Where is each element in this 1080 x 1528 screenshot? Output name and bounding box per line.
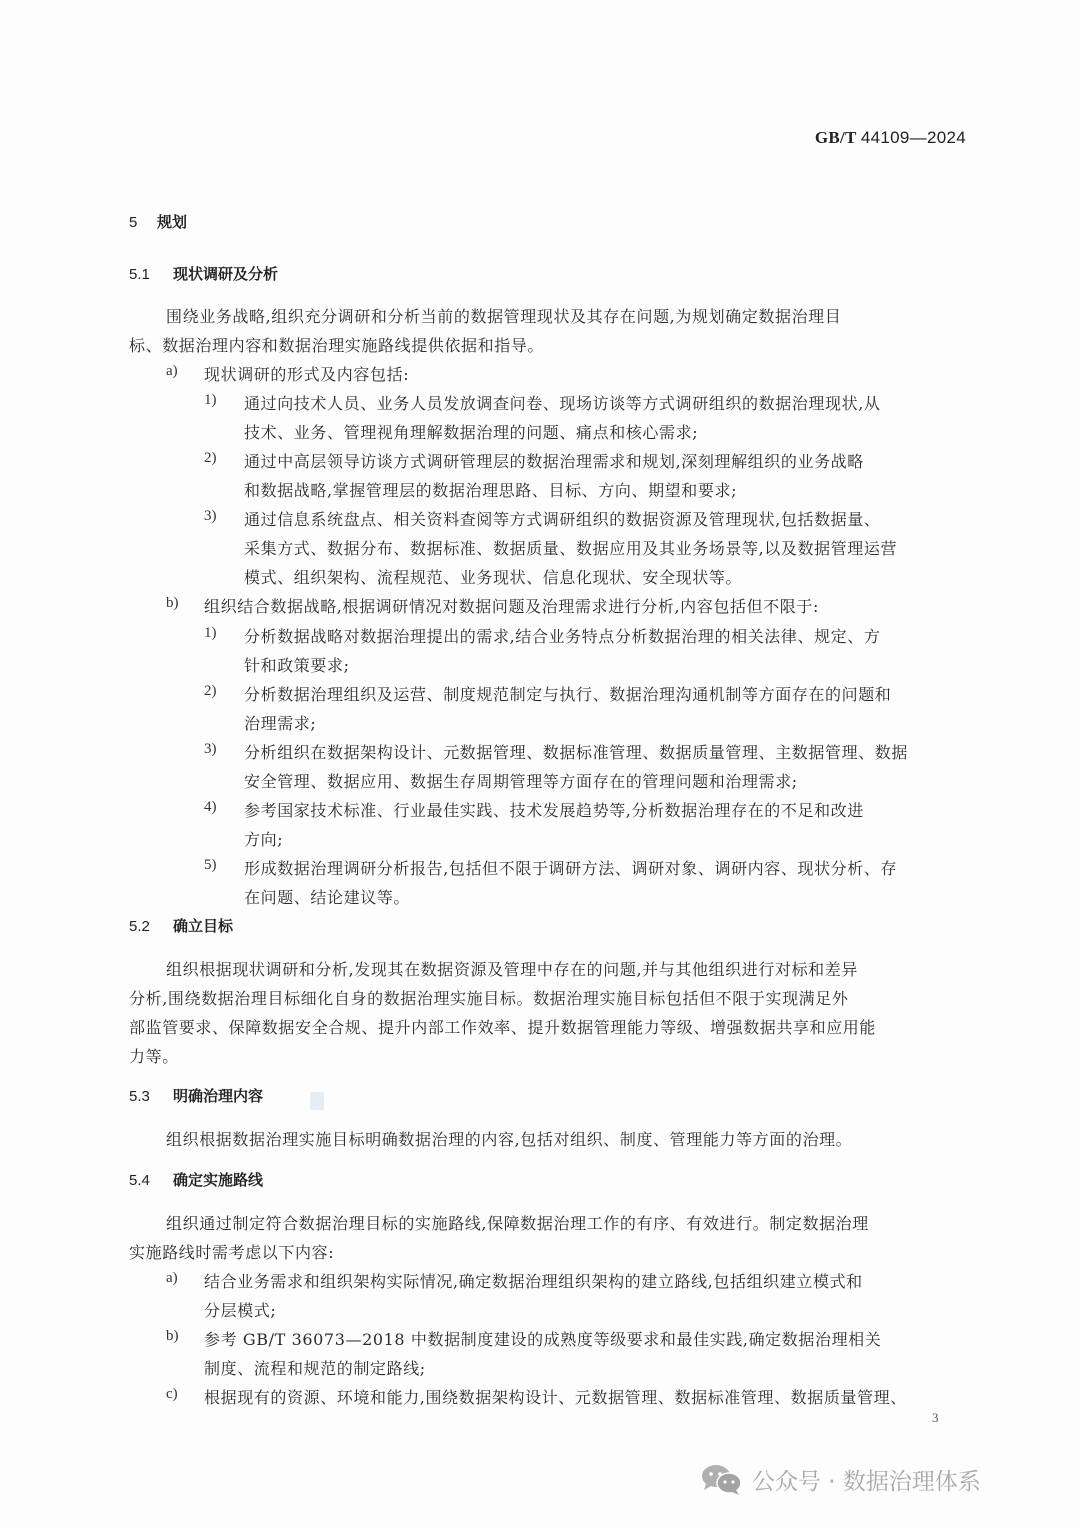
list-item-text: 和数据战略,掌握管理层的数据治理思路、目标、方向、期望和要求; xyxy=(244,478,737,501)
subsection-number: 5.2 xyxy=(129,918,173,935)
subsection-title: 确定实施路线 xyxy=(173,1171,263,1189)
list-marker: 3) xyxy=(204,741,217,758)
list-item-text: 采集方式、数据分布、数据标准、数据质量、数据应用及其业务场景等,以及数据管理运营 xyxy=(244,536,897,559)
wechat-icon xyxy=(700,1462,744,1496)
paragraph-line: 围绕业务战略,组织充分调研和分析当前的数据管理现状及其存在问题,为规划确定数据治… xyxy=(166,304,841,327)
subsection-heading-5-2: 5.2确立目标 xyxy=(129,915,233,936)
list-marker: 2) xyxy=(204,683,217,700)
list-marker: 2) xyxy=(204,450,217,467)
list-marker: a) xyxy=(166,363,178,380)
list-item-text: 结合业务需求和组织架构实际情况,确定数据治理组织架构的建立路线,包括组织建立模式… xyxy=(204,1269,863,1292)
section-heading: 5规划 xyxy=(129,211,187,232)
paragraph-line: 力等。 xyxy=(129,1044,179,1067)
standard-code-prefix: GB/T xyxy=(815,128,857,147)
list-marker: 1) xyxy=(204,392,217,409)
list-item-text: 制度、流程和规范的制定路线; xyxy=(204,1356,426,1379)
paragraph-line: 组织根据数据治理实施目标明确数据治理的内容,包括对组织、制度、管理能力等方面的治… xyxy=(166,1127,852,1150)
watermark-label: 公众号 · 数据治理体系 xyxy=(752,1463,981,1496)
list-marker: 4) xyxy=(204,799,217,816)
section-number: 5 xyxy=(129,214,157,231)
list-marker: 1) xyxy=(204,625,217,642)
list-item-text: 方向; xyxy=(244,827,283,850)
paragraph-line: 部监管要求、保障数据安全合规、提升内部工作效率、提升数据管理能力等级、增强数据共… xyxy=(129,1015,876,1038)
list-item-text: 参考国家技术标准、行业最佳实践、技术发展趋势等,分析数据治理存在的不足和改进 xyxy=(244,798,864,821)
list-item-text: 治理需求; xyxy=(244,711,316,734)
paragraph-line: 组织通过制定符合数据治理目标的实施路线,保障数据治理工作的有序、有效进行。制定数… xyxy=(166,1211,869,1234)
list-item-text: 形成数据治理调研分析报告,包括但不限于调研方法、调研对象、调研内容、现状分析、存 xyxy=(244,856,897,879)
paragraph-line: 组织根据现状调研和分析,发现其在数据资源及管理中存在的问题,并与其他组织进行对标… xyxy=(166,957,858,980)
list-marker: a) xyxy=(166,1270,178,1287)
list-item-text: 分层模式; xyxy=(204,1298,276,1321)
list-item-text: 通过信息系统盘点、相关资料查阅等方式调研组织的数据资源及管理现状,包括数据量、 xyxy=(244,507,881,530)
standard-code: GB/T 44109—2024 xyxy=(815,128,966,148)
faint-logo-mark xyxy=(310,1092,324,1110)
paragraph-line: 标、数据治理内容和数据治理实施路线提供依据和指导。 xyxy=(129,333,544,356)
page-number: 3 xyxy=(932,1410,939,1426)
list-item-text: 针和政策要求; xyxy=(244,653,350,676)
list-item-text: 分析数据治理组织及运营、制度规范制定与执行、数据治理沟通机制等方面存在的问题和 xyxy=(244,682,891,705)
list-marker: b) xyxy=(166,1328,179,1345)
list-item-text: 现状调研的形式及内容包括: xyxy=(204,362,409,385)
subsection-heading-5-4: 5.4确定实施路线 xyxy=(129,1169,263,1190)
list-marker: c) xyxy=(166,1386,178,1403)
subsection-title: 明确治理内容 xyxy=(173,1087,263,1105)
subsection-number: 5.3 xyxy=(129,1088,173,1105)
subsection-title: 现状调研及分析 xyxy=(173,265,278,283)
list-marker: b) xyxy=(166,595,179,612)
section-title: 规划 xyxy=(157,213,187,231)
document-page: GB/T 44109—2024 5规划 5.1现状调研及分析 围绕业务战略,组织… xyxy=(0,0,1080,1528)
paragraph-line: 分析,围绕数据治理目标细化自身的数据治理实施目标。数据治理实施目标包括但不限于实… xyxy=(129,986,849,1009)
subsection-number: 5.4 xyxy=(129,1172,173,1189)
subsection-heading-5-1: 5.1现状调研及分析 xyxy=(129,263,278,284)
list-item-text: 模式、组织架构、流程规范、业务现状、信息化现状、安全现状等。 xyxy=(244,565,742,588)
list-item-text: 根据现有的资源、环境和能力,围绕数据架构设计、元数据管理、数据标准管理、数据质量… xyxy=(204,1385,907,1408)
list-item-text: 通过中高层领导访谈方式调研管理层的数据治理需求和规划,深刻理解组织的业务战略 xyxy=(244,449,864,472)
list-marker: 3) xyxy=(204,508,217,525)
subsection-title: 确立目标 xyxy=(173,917,233,935)
list-item-text: 分析数据战略对数据治理提出的需求,结合业务特点分析数据治理的相关法律、规定、方 xyxy=(244,624,881,647)
paragraph-line: 实施路线时需考虑以下内容: xyxy=(129,1240,334,1263)
list-item-text: 参考 GB/T 36073—2018 中数据制度建设的成熟度等级要求和最佳实践,… xyxy=(204,1327,881,1350)
list-item-text: 通过向技术人员、业务人员发放调查问卷、现场访谈等方式调研组织的数据治理现状,从 xyxy=(244,391,881,414)
list-item-text: 技术、业务、管理视角理解数据治理的问题、痛点和核心需求; xyxy=(244,420,698,443)
subsection-heading-5-3: 5.3明确治理内容 xyxy=(129,1085,263,1106)
wechat-watermark: 公众号 · 数据治理体系 xyxy=(700,1462,981,1496)
standard-code-number: 44109—2024 xyxy=(861,128,966,147)
list-item-text: 组织结合数据战略,根据调研情况对数据问题及治理需求进行分析,内容包括但不限于: xyxy=(204,594,819,617)
list-item-text: 在问题、结论建议等。 xyxy=(244,885,410,908)
list-item-text: 安全管理、数据应用、数据生存周期管理等方面存在的管理问题和治理需求; xyxy=(244,769,798,792)
list-item-text: 分析组织在数据架构设计、元数据管理、数据标准管理、数据质量管理、主数据管理、数据 xyxy=(244,740,908,763)
list-marker: 5) xyxy=(204,857,217,874)
subsection-number: 5.1 xyxy=(129,266,173,283)
